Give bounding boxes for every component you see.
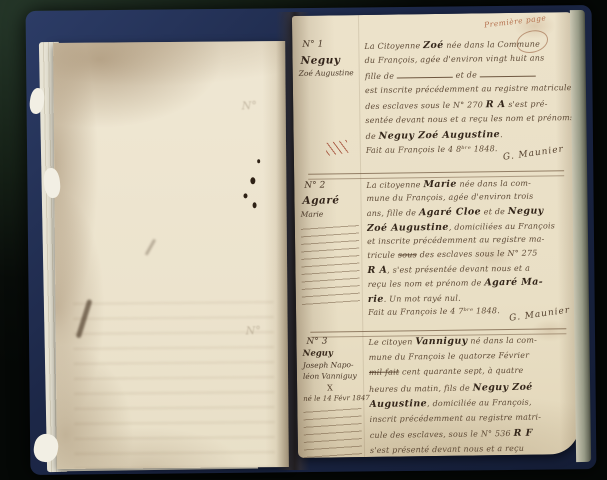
text-segment: s'est pré- — [505, 99, 547, 109]
marginal-note-scribbles — [301, 224, 360, 307]
cross-mark: X — [327, 383, 333, 392]
entry-2-text: La citoyenne Marie née dans la com-mune … — [366, 177, 574, 322]
margin-subname: Zoé Augustine — [299, 68, 354, 78]
text-segment: cule des esclaves, sous le N° 536 — [370, 429, 514, 440]
text-segment: mil fait — [369, 368, 399, 377]
text-segment: tricule — [367, 250, 398, 259]
text-segment: et de — [453, 70, 480, 79]
text-segment: des esclaves sous le N° 270 — [365, 100, 486, 111]
text-segment: est inscrite précédemment au registre ma… — [365, 83, 571, 95]
text-segment: Zoé — [423, 40, 444, 51]
text-segment: , domiciliées au François — [449, 221, 555, 231]
margin-name: Neguy — [303, 348, 333, 358]
register-book-photo: N° N° Première page N° 1 Neguy Zoé Augus… — [0, 0, 607, 480]
margin-name-line: Joseph Napo- — [303, 360, 354, 370]
entry-number: N° 1 — [302, 40, 323, 50]
entry-number: N° 2 — [304, 181, 325, 191]
entry-1-text: La Citoyenne Zoé née dans la Communedu F… — [364, 38, 572, 161]
entry-2-margin: N° 2 Agaré Marie — [300, 179, 360, 180]
ink-bleedthrough — [73, 291, 275, 469]
text-segment: Fait au François le 4 8ᵇʳᵉ 1848. — [366, 144, 498, 155]
hatch-marks — [325, 140, 349, 156]
text-segment: rie — [368, 293, 384, 304]
text-segment: sous — [398, 250, 417, 259]
text-segment: née dans la com- — [457, 179, 531, 189]
text-segment: La citoyenne — [366, 180, 423, 190]
ghost-text: N° — [242, 99, 257, 112]
text-segment: cent quarante sept, à quatre — [399, 366, 523, 377]
text-segment: heures du matin, fils de — [369, 383, 473, 393]
text-segment: Vanniguy — [415, 336, 468, 348]
entry-3-margin: N° 3 Neguy Joseph Napo- léon Vanniguy X … — [302, 335, 362, 336]
text-segment: , domiciliée au François, — [427, 398, 532, 408]
entry-1-margin: N° 1 Neguy Zoé Augustine — [298, 37, 358, 38]
text-segment — [397, 70, 453, 79]
text-segment: des esclaves sous le N° 275 — [417, 249, 538, 260]
text-segment: Augustine — [369, 398, 427, 410]
text-segment: La Citoyenne — [364, 41, 423, 51]
ghost-text: N° — [246, 324, 261, 337]
register-entry-1: N° 1 Neguy Zoé Augustine La Citoyenne Zo… — [292, 34, 576, 178]
marginal-note-scribbles — [303, 407, 362, 458]
entry-number: N° 3 — [306, 337, 327, 347]
text-segment: né dans la com- — [468, 336, 537, 346]
text-segment: Marie — [423, 179, 456, 190]
text-segment: mune du François, agée d'environ trois — [366, 192, 533, 203]
page-label: Première page — [484, 13, 547, 29]
text-segment: et de — [481, 207, 508, 216]
ink-spot — [243, 193, 247, 198]
entry-3-text: Le citoyen Vanniguy né dans la com-mune … — [368, 334, 576, 458]
margin-subname: Marie — [301, 210, 324, 219]
text-segment: fille de — [365, 72, 397, 81]
text-segment: du François, agée d'environ vingt huit a… — [364, 53, 544, 65]
margin-name: Neguy — [300, 54, 340, 67]
text-segment: Agaré Ma- — [484, 277, 543, 289]
ink-smudge — [145, 239, 156, 256]
text-segment: Neguy — [508, 206, 544, 217]
text-segment: reçu les nom et prénom de — [368, 279, 485, 290]
register-entry-3: N° 3 Neguy Joseph Napo- léon Vanniguy X … — [296, 332, 580, 458]
ink-spot — [253, 202, 257, 208]
birthdate-note: né le 14 Févr 1847 — [303, 394, 370, 403]
text-segment: R A — [486, 99, 506, 110]
text-segment — [480, 69, 536, 78]
text-segment: Zoé Augustine — [367, 221, 449, 233]
text-segment: Agaré Cloe — [419, 207, 481, 219]
margin-name-line: léon Vanniguy — [303, 371, 357, 381]
text-segment: Le citoyen — [368, 337, 415, 347]
text-segment: , s'est présentée devant nous et a — [387, 264, 530, 275]
text-segment: R F — [513, 428, 532, 439]
ink-spot — [250, 177, 255, 184]
text-segment: ans, fille de — [367, 209, 419, 219]
margin-name: Agaré — [302, 194, 339, 207]
ink-spot — [257, 159, 260, 163]
register-entry-2: N° 2 Agaré Marie La citoyenne Marie née … — [294, 176, 578, 330]
text-segment: Neguy Zoé Augustine — [379, 129, 501, 142]
text-segment: inscrit précédemment au registre matri- — [369, 412, 541, 423]
text-segment: et inscrite précédemment au registre ma- — [367, 234, 545, 245]
text-segment: sentée devant nous et a reçu les nom et … — [365, 113, 571, 125]
text-segment: R A — [367, 265, 387, 276]
text-segment: de — [366, 132, 379, 141]
text-segment: mune du François le quatorze Février — [369, 350, 530, 361]
text-segment: s'est présenté devant nous et a reçu — [370, 443, 524, 454]
text-segment: Neguy Zoé — [473, 381, 533, 393]
right-register-page: Première page N° 1 Neguy Zoé Augustine L… — [292, 12, 580, 458]
text-segment: . Un mot rayé nul. — [384, 293, 461, 303]
text-segment: née dans la Commune — [444, 40, 541, 50]
text-segment: . — [500, 130, 503, 139]
text-segment: Fait au François le 4 7ᵇʳᵉ 1848. — [368, 306, 500, 317]
left-blank-page: N° N° — [53, 41, 289, 469]
